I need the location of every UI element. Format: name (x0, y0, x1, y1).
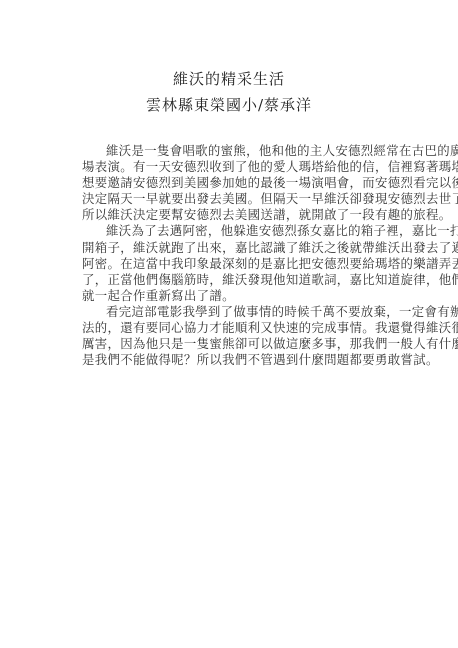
paragraph-2-line: 阿密。在這當中我印象最深刻的是嘉比把安德烈要給瑪塔的樂譜弄丟 (82, 256, 386, 272)
paragraph-1-line: 決定隔天一早就要出發去美國。但隔天一早維沃卻發現安德烈去世了， (82, 191, 386, 207)
document-body: 維沃是一隻會唱歌的蜜熊，他和他的主人安德烈經常在古巴的廣 場表演。有一天安德烈收… (82, 143, 386, 368)
paragraph-2-line: 就一起合作重新寫出了譜。 (82, 288, 386, 304)
paragraph-1-line: 場表演。有一天安德烈收到了他的愛人瑪塔給他的信，信裡寫著瑪塔 (82, 159, 386, 175)
paragraph-1-line: 維沃是一隻會唱歌的蜜熊，他和他的主人安德烈經常在古巴的廣 (82, 143, 386, 159)
paragraph-1-line: 所以維沃決定要幫安德烈去美國送譜，就開啟了一段有趣的旅程。 (82, 207, 386, 223)
paragraph-3-line: 厲害，因為他只是一隻蜜熊卻可以做這麼多事，那我們一般人有什麼 (82, 336, 386, 352)
document-title: 維沃的精采生活 (0, 68, 458, 89)
paragraph-3-line: 看完這部電影我學到了做事情的時候千萬不要放棄，一定會有辦 (82, 304, 386, 320)
paragraph-3-line: 是我們不能做得呢？所以我們不管遇到什麼問題都要勇敢嘗試。 (82, 352, 386, 368)
paragraph-2-line: 維沃為了去邁阿密，他躲進安德烈孫女嘉比的箱子裡，嘉比一打 (82, 223, 386, 239)
author-line: 雲林縣東榮國小/蔡承洋 (0, 94, 458, 115)
paragraph-2-line: 了，正當他們傷腦筋時，維沃發現他知道歌詞，嘉比知道旋律，他們 (82, 272, 386, 288)
paragraph-1-line: 想要邀請安德烈到美國參加她的最後一場演唱會，而安德烈看完以後 (82, 175, 386, 191)
paragraph-2-line: 開箱子，維沃就跑了出來，嘉比認識了維沃之後就帶維沃出發去了邁 (82, 240, 386, 256)
paragraph-3-line: 法的，還有要同心協力才能順利又快速的完成事情。我還覺得維沃很 (82, 320, 386, 336)
